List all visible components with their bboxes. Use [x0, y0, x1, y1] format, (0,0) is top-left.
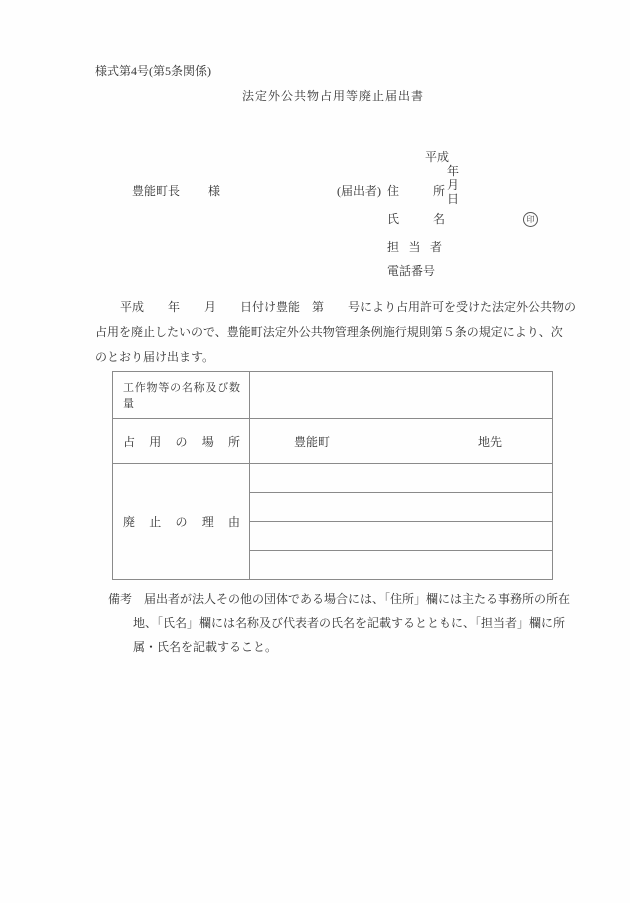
addressee: 豊能町長 様	[132, 184, 220, 198]
abolition-reason-cell: 廃 止 の 理 由	[113, 464, 250, 580]
table-row: 占 用 の 場 所 豊能町 地先	[113, 419, 553, 464]
year-label: 年	[447, 164, 459, 178]
occupation-place-label: 占 用 の 場 所	[123, 433, 240, 450]
date-line: 平成 年 月 日	[413, 136, 459, 220]
reporter-staff-label: 担 当 者	[387, 240, 442, 254]
abolition-reason-line-1	[250, 464, 553, 493]
table-row: 廃 止 の 理 由	[113, 464, 553, 493]
paragraph-line-2: 占用を廃止したいので、豊能町法定外公共物管理条例施行規則第５条の規定により、次	[95, 325, 563, 339]
seal-icon: 印	[523, 212, 538, 227]
occupation-place-value: 豊能町 地先	[250, 419, 553, 464]
abolition-reason-line-4	[250, 551, 553, 580]
form-number: 様式第4号(第5条関係)	[95, 64, 211, 78]
addressee-honorific: 様	[208, 184, 220, 198]
note-line-1: 備考 届出者が法人その他の団体である場合には、「住所」欄には主たる事務所の所在	[108, 592, 570, 606]
structure-name-qty-value	[250, 372, 553, 419]
place-town-text: 豊能町	[294, 433, 330, 450]
reporter-phone-label: 電話番号	[387, 264, 435, 278]
abolition-reason-label: 廃 止 の 理 由	[123, 513, 240, 530]
form-title: 法定外公共物占用等廃止届出書	[0, 89, 630, 103]
addressee-gap	[180, 184, 208, 198]
structure-name-qty-cell: 工作物等の名称及び数量	[113, 372, 250, 419]
abolition-reason-line-3	[250, 522, 553, 551]
abolition-reason-line-2	[250, 493, 553, 522]
era-label: 平成	[425, 150, 449, 164]
place-chisaki-text: 地先	[478, 433, 502, 450]
reporter-name-label: 氏 名	[387, 212, 445, 226]
form-document: 様式第4号(第5条関係) 法定外公共物占用等廃止届出書 平成 年 月 日 豊能町…	[0, 0, 630, 903]
table-row: 工作物等の名称及び数量	[113, 372, 553, 419]
note-line-2: 地、「氏名」欄には名称及び代表者の氏名を記載するとともに、「担当者」欄に所	[133, 616, 565, 630]
structure-name-qty-label: 工作物等の名称及び数量	[123, 379, 240, 411]
reporter-address-label: 住 所	[387, 184, 445, 198]
paragraph-line-3: のとおり届け出ます。	[95, 350, 214, 364]
day-label: 日	[447, 192, 459, 206]
reporter-label: (届出者)	[337, 184, 381, 198]
month-label: 月	[447, 178, 459, 192]
occupation-place-cell: 占 用 の 場 所	[113, 419, 250, 464]
addressee-name: 豊能町長	[132, 184, 180, 198]
paragraph-line-1: 平成 年 月 日付け豊能 第 号により占用許可を受けた法定外公共物の	[120, 300, 576, 314]
form-table: 工作物等の名称及び数量 占 用 の 場 所 豊能町 地先 廃 止 の 理 由	[112, 371, 553, 580]
note-line-3: 属・氏名を記載すること。	[133, 640, 277, 654]
